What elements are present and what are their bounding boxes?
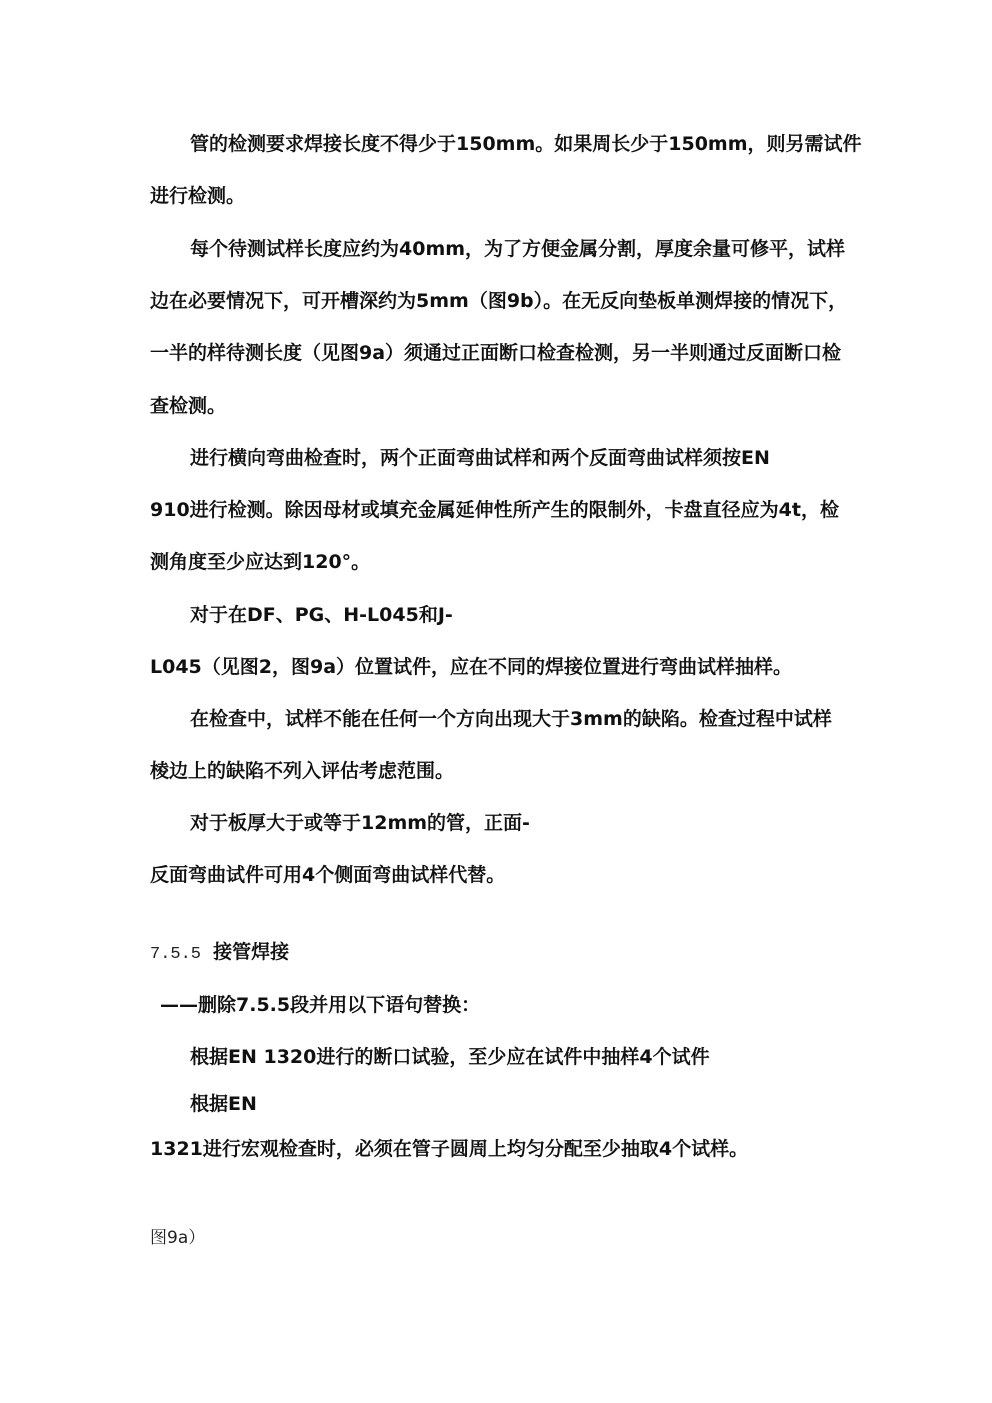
section-item-2-line-2: 1321进行宏观检查时，必须在管子圆周上均匀分配至少抽取4个试样。: [150, 1137, 748, 1161]
section-heading: 7.5.5 接管焊接: [150, 940, 289, 967]
section-item-1: 根据EN 1320进行的断口试验，至少应在试件中抽样4个试件: [190, 1045, 710, 1069]
section-instruction: ——删除7.5.5段并用以下语句替换：: [160, 993, 480, 1017]
paragraph-3-line-2: 910进行检测。除因母材或填充金属延伸性所产生的限制外，卡盘直径应为4t，检: [150, 498, 839, 522]
paragraph-1-line-2: 进行检测。: [150, 184, 245, 208]
paragraph-2-line-3: 一半的样待测长度（见图9a）须通过正面断口检查检测，另一半则通过反面断口检: [150, 341, 841, 365]
paragraph-2-line-4: 查检测。: [150, 394, 226, 418]
paragraph-2-line-1: 每个待测试样长度应约为40mm，为了方便金属分割，厚度余量可修平，试样: [190, 237, 845, 261]
paragraph-6-line-1: 对于板厚大于或等于12mm的管，正面-: [190, 811, 530, 835]
paragraph-5-line-1: 在检查中，试样不能在任何一个方向出现大于3mm的缺陷。检查过程中试样: [190, 707, 832, 731]
paragraph-6-line-2: 反面弯曲试件可用4个侧面弯曲试样代替。: [150, 863, 505, 887]
paragraph-3-line-3: 测角度至少应达到120°。: [150, 550, 370, 574]
paragraph-4-line-1: 对于在DF、PG、H-L045和J-: [190, 603, 453, 627]
paragraph-3-line-1: 进行横向弯曲检查时，两个正面弯曲试样和两个反面弯曲试样须按EN: [190, 446, 770, 470]
paragraph-2-line-2: 边在必要情况下，可开槽深约为5mm（图9b）。在无反向垫板单测焊接的情况下，: [150, 289, 847, 313]
paragraph-5-line-2: 棱边上的缺陷不列入评估考虑范围。: [150, 759, 454, 783]
paragraph-4-line-2: L045（见图2，图9a）位置试件，应在不同的焊接位置进行弯曲试样抽样。: [150, 655, 792, 679]
paragraph-1-line-1: 管的检测要求焊接长度不得少于150mm。如果周长少于150mm，则另需试件: [190, 132, 862, 156]
section-number: 7.5.5: [150, 945, 201, 964]
document-page: 管的检测要求焊接长度不得少于150mm。如果周长少于150mm，则另需试件 进行…: [0, 0, 992, 1403]
section-item-2-line-1: 根据EN: [190, 1092, 257, 1116]
figure-caption: 图9a）: [150, 1226, 205, 1250]
section-title: 接管焊接: [213, 941, 289, 963]
